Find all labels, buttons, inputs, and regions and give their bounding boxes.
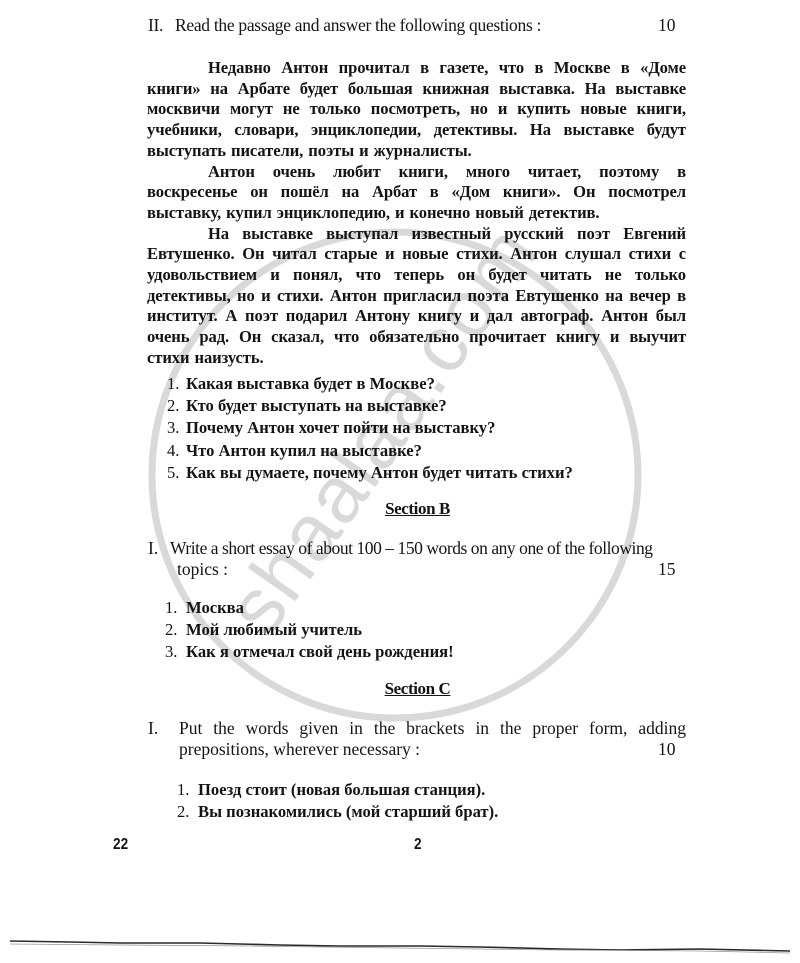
page-bottom-edge [0,0,800,963]
exam-page: II.Read the passage and answer the follo… [0,0,800,963]
